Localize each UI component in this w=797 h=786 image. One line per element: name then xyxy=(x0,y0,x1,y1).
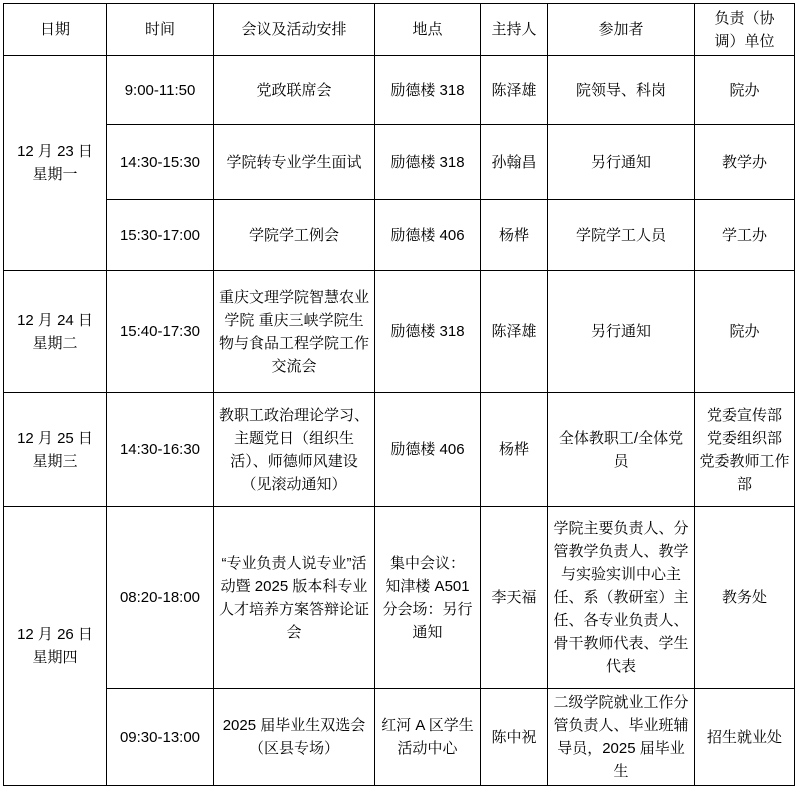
cell-date: 12 月 26 日 星期四 xyxy=(4,507,107,786)
header-row: 日期 时间 会议及活动安排 地点 主持人 参加者 负责（协 调）单位 xyxy=(4,4,795,56)
cell-host: 杨桦 xyxy=(481,393,548,507)
header-time: 时间 xyxy=(107,4,214,56)
cell-time: 9:00-11:50 xyxy=(107,56,214,125)
cell-event: 2025 届毕业生双选会（区县专场） xyxy=(214,689,375,786)
cell-location: 励德楼 406 xyxy=(375,393,481,507)
cell-unit: 教学办 xyxy=(695,125,795,200)
cell-event: 教职工政治理论学习、主题党日（组织生活）、师德师风建设（见滚动通知） xyxy=(214,393,375,507)
cell-participants: 二级学院就业工作分管负责人、毕业班辅导员，2025 届毕业生 xyxy=(548,689,695,786)
cell-location: 励德楼 318 xyxy=(375,125,481,200)
cell-unit: 院办 xyxy=(695,56,795,125)
cell-time: 09:30-13:00 xyxy=(107,689,214,786)
cell-date: 12 月 23 日 星期一 xyxy=(4,56,107,271)
cell-host: 陈中祝 xyxy=(481,689,548,786)
table-row: 12 月 23 日 星期一 9:00-11:50 党政联席会 励德楼 318 陈… xyxy=(4,56,795,125)
cell-unit: 党委宣传部 党委组织部 党委教师工作部 xyxy=(695,393,795,507)
cell-host: 陈泽雄 xyxy=(481,56,548,125)
cell-participants: 全体教职工/全体党员 xyxy=(548,393,695,507)
cell-participants: 院领导、科岗 xyxy=(548,56,695,125)
cell-unit: 招生就业处 xyxy=(695,689,795,786)
cell-time: 14:30-15:30 xyxy=(107,125,214,200)
cell-host: 李天福 xyxy=(481,507,548,689)
header-location: 地点 xyxy=(375,4,481,56)
cell-participants: 另行通知 xyxy=(548,271,695,393)
cell-host: 杨桦 xyxy=(481,200,548,271)
cell-time: 15:30-17:00 xyxy=(107,200,214,271)
cell-unit: 院办 xyxy=(695,271,795,393)
cell-date: 12 月 24 日 星期二 xyxy=(4,271,107,393)
header-event: 会议及活动安排 xyxy=(214,4,375,56)
header-unit: 负责（协 调）单位 xyxy=(695,4,795,56)
cell-location: 红河 A 区学生活动中心 xyxy=(375,689,481,786)
cell-location: 集中会议： 知津楼 A501 分会场：另行通知 xyxy=(375,507,481,689)
schedule-page: 日期 时间 会议及活动安排 地点 主持人 参加者 负责（协 调）单位 12 月 … xyxy=(0,0,797,784)
table-row: 12 月 25 日 星期三 14:30-16:30 教职工政治理论学习、主题党日… xyxy=(4,393,795,507)
cell-host: 孙翰昌 xyxy=(481,125,548,200)
schedule-table: 日期 时间 会议及活动安排 地点 主持人 参加者 负责（协 调）单位 12 月 … xyxy=(3,3,795,786)
cell-unit: 教务处 xyxy=(695,507,795,689)
cell-time: 15:40-17:30 xyxy=(107,271,214,393)
cell-location: 励德楼 318 xyxy=(375,271,481,393)
cell-participants: 另行通知 xyxy=(548,125,695,200)
header-participants: 参加者 xyxy=(548,4,695,56)
table-row: 12 月 26 日 星期四 08:20-18:00 “专业负责人说专业”活动暨 … xyxy=(4,507,795,689)
cell-participants: 学院主要负责人、分管教学负责人、教学与实验实训中心主任、系（教研室）主任、各专业… xyxy=(548,507,695,689)
cell-event: 重庆文理学院智慧农业学院 重庆三峡学院生物与食品工程学院工作交流会 xyxy=(214,271,375,393)
header-date: 日期 xyxy=(4,4,107,56)
cell-event: “专业负责人说专业”活动暨 2025 版本科专业人才培养方案答辩论证会 xyxy=(214,507,375,689)
cell-event: 学院学工例会 xyxy=(214,200,375,271)
header-host: 主持人 xyxy=(481,4,548,56)
table-row: 12 月 24 日 星期二 15:40-17:30 重庆文理学院智慧农业学院 重… xyxy=(4,271,795,393)
cell-event: 学院转专业学生面试 xyxy=(214,125,375,200)
cell-participants: 学院学工人员 xyxy=(548,200,695,271)
table-row: 15:30-17:00 学院学工例会 励德楼 406 杨桦 学院学工人员 学工办 xyxy=(4,200,795,271)
cell-location: 励德楼 406 xyxy=(375,200,481,271)
cell-unit: 学工办 xyxy=(695,200,795,271)
cell-time: 14:30-16:30 xyxy=(107,393,214,507)
cell-event: 党政联席会 xyxy=(214,56,375,125)
cell-location: 励德楼 318 xyxy=(375,56,481,125)
table-row: 09:30-13:00 2025 届毕业生双选会（区县专场） 红河 A 区学生活… xyxy=(4,689,795,786)
cell-date: 12 月 25 日 星期三 xyxy=(4,393,107,507)
cell-host: 陈泽雄 xyxy=(481,271,548,393)
cell-time: 08:20-18:00 xyxy=(107,507,214,689)
table-row: 14:30-15:30 学院转专业学生面试 励德楼 318 孙翰昌 另行通知 教… xyxy=(4,125,795,200)
